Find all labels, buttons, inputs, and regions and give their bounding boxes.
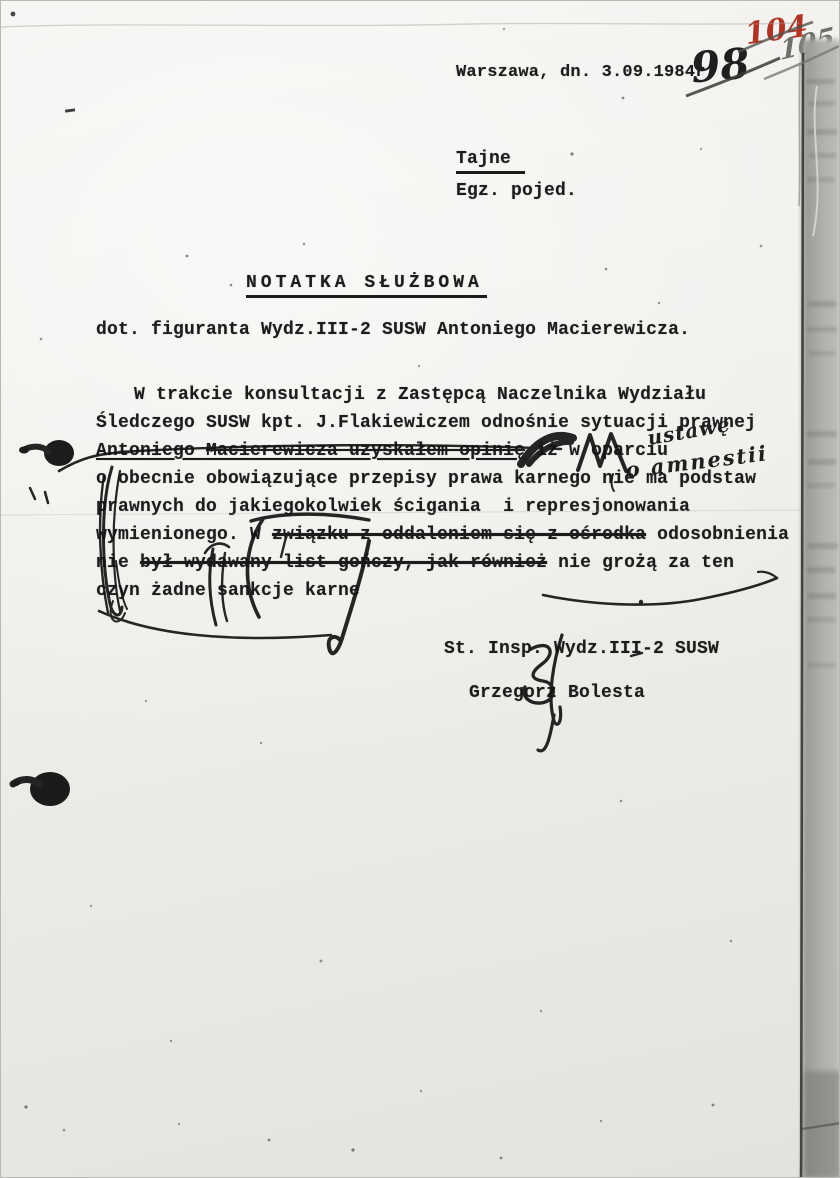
page-curl-highlight — [813, 86, 818, 236]
body-line-7-struck: był wydawany list gończy, jak również — [140, 553, 547, 573]
body-line-7-rest: nie grożą za ten — [547, 553, 734, 573]
hand-arrow-underline — [543, 572, 777, 605]
document-title-text: NOTATKA SŁUŻBOWA — [246, 273, 487, 298]
copy-info: Egz. pojed. — [456, 181, 577, 201]
body-line-7-start: nie — [96, 553, 140, 573]
ghost-text-smudges — [807, 79, 838, 668]
body-line-6-rest: odosobnienia — [646, 525, 789, 545]
secrecy-label-text: Tajne — [456, 149, 525, 174]
body-line-6-start: wymienionego. W — [96, 525, 272, 545]
body-line-8: czyn żadne sankcje karne — [96, 581, 360, 601]
adjacent-page-band — [802, 39, 840, 1178]
subject-line: dot. figuranta Wydz.III-2 SUSW Antoniego… — [96, 320, 690, 340]
body-line-6-struck: związku z oddaleniem się z ośrodka — [272, 525, 646, 545]
page-fold-edge-line — [801, 53, 803, 1178]
date-line: Warszawa, dn. 3.09.1984r. — [456, 63, 716, 82]
body-line-7: nie był wydawany list gończy, jak równie… — [96, 553, 734, 573]
signature-role-line: St. Insp. Wydz.III-2 SUSW — [444, 639, 719, 659]
pencil-vertical-line — [799, 63, 800, 206]
body-line-3-underlined: Antoniego — [96, 441, 206, 461]
document-title: NOTATKA SŁUŻBOWA — [246, 273, 487, 293]
signature-name-line: Grzegorz Bolesta — [469, 683, 645, 703]
handwritten-number-98: 98 — [689, 39, 752, 93]
body-line-3: Antoniego Macierewicza uzyskałem opinię … — [96, 441, 668, 461]
body-line-5: prawnych do jakiegokolwiek ścigania i re… — [96, 497, 690, 517]
secrecy-label: Tajne — [456, 149, 525, 169]
body-line-6: wymienionego. W związku z oddaleniem się… — [96, 525, 789, 545]
punch-hole-top — [19, 440, 74, 503]
scanned-document-page: Warszawa, dn. 3.09.1984r. Tajne Egz. poj… — [0, 0, 840, 1178]
body-line-3-struck: Macierewicza uzyskałem opinię — [206, 441, 525, 461]
punch-hole-bottom — [12, 772, 70, 806]
band-horizontal-mark — [802, 1123, 840, 1129]
body-line-1: W trakcie konsultacji z Zastępcą Naczeln… — [134, 385, 706, 405]
